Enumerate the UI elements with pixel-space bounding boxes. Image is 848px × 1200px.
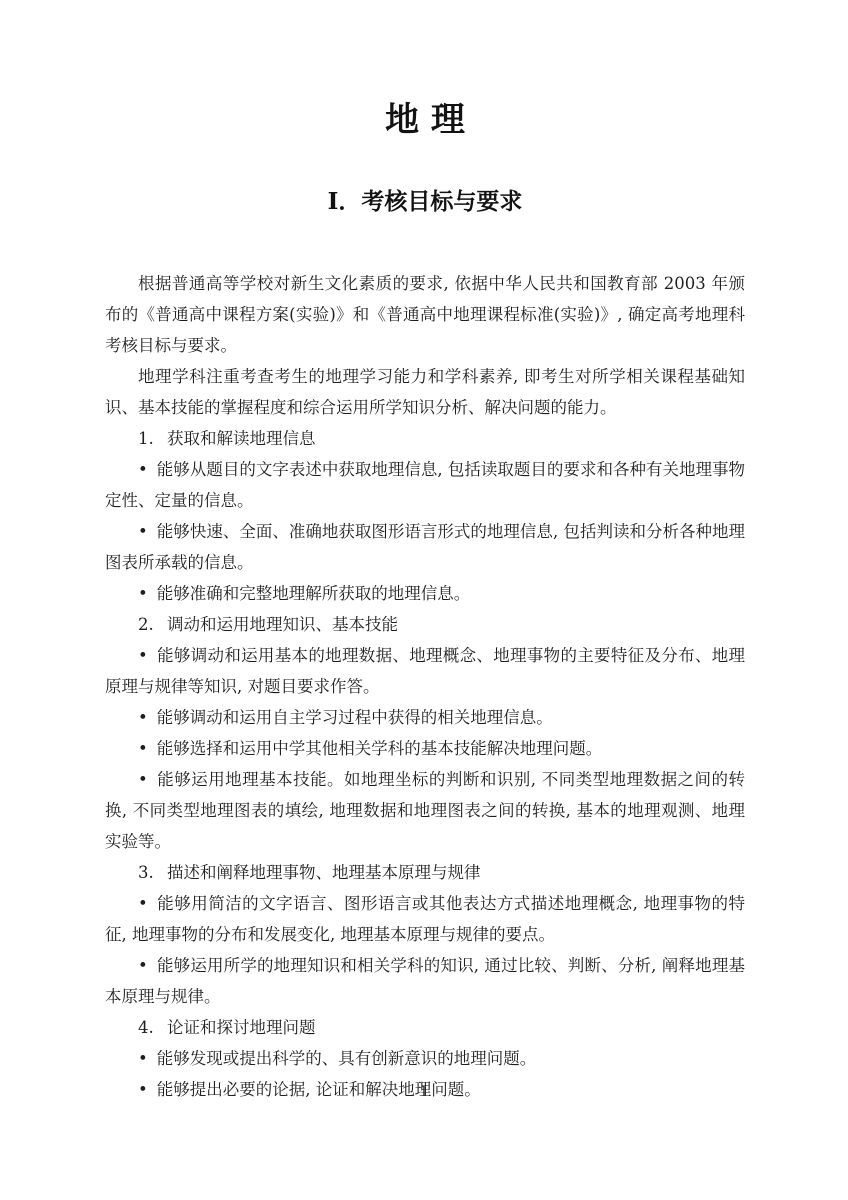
objective-number: 2. (138, 615, 154, 634)
bullet-text: 能够用简洁的文字语言、图形语言或其他表达方式描述地理概念, 地理事物的特征, 地… (105, 894, 745, 944)
bullet-icon: • (138, 460, 148, 479)
objective-number: 3. (138, 863, 154, 882)
bullet-text: 能够快速、全面、准确地获取图形语言形式的地理信息, 包括判读和分析各种地理图表所… (105, 522, 745, 572)
objective-title: 论证和探讨地理问题 (167, 1018, 316, 1037)
bullet-icon: • (138, 1049, 148, 1068)
bullet-icon: • (138, 739, 148, 758)
bullet-icon: • (138, 522, 148, 541)
bullet-point: •能够快速、全面、准确地获取图形语言形式的地理信息, 包括判读和分析各种地理图表… (105, 516, 745, 578)
bullet-point: •能够运用地理基本技能。如地理坐标的判断和识别, 不同类型地理数据之间的转换, … (105, 764, 745, 857)
bullet-point: •能够调动和运用基本的地理数据、地理概念、地理事物的主要特征及分布、地理原理与规… (105, 640, 745, 702)
bullet-icon: • (138, 646, 148, 665)
objective-heading: 1.获取和解读地理信息 (105, 423, 745, 454)
objective-title: 获取和解读地理信息 (167, 429, 316, 448)
bullet-icon: • (138, 708, 148, 727)
objective-heading: 4.论证和探讨地理问题 (105, 1012, 745, 1043)
objective-heading: 3.描述和阐释地理事物、地理基本原理与规律 (105, 857, 745, 888)
bullet-text: 能够选择和运用中学其他相关学科的基本技能解决地理问题。 (157, 739, 603, 758)
bullet-text: 能够调动和运用自主学习过程中获得的相关地理信息。 (157, 708, 553, 727)
bullet-point: •能够用简洁的文字语言、图形语言或其他表达方式描述地理概念, 地理事物的特征, … (105, 888, 745, 950)
objective-title: 描述和阐释地理事物、地理基本原理与规律 (167, 863, 481, 882)
bullet-icon: • (138, 584, 148, 603)
objective-number: 1. (138, 429, 154, 448)
objective-number: 4. (138, 1018, 154, 1037)
bullet-text: 能够运用地理基本技能。如地理坐标的判断和识别, 不同类型地理数据之间的转换, 不… (105, 770, 745, 851)
bullet-text: 能够从题目的文字表述中获取地理信息, 包括读取题目的要求和各种有关地理事物定性、… (105, 460, 745, 510)
bullet-icon: • (138, 894, 148, 913)
bullet-text: 能够发现或提出科学的、具有创新意识的地理问题。 (157, 1049, 537, 1068)
objective-heading: 2.调动和运用地理知识、基本技能 (105, 609, 745, 640)
bullet-text: 能够运用所学的地理知识和相关学科的知识, 通过比较、判断、分析, 阐释地理基本原… (105, 956, 745, 1006)
page-title: 地 理 (105, 100, 745, 140)
bullet-text: 能够调动和运用基本的地理数据、地理概念、地理事物的主要特征及分布、地理原理与规律… (105, 646, 745, 696)
paragraph-text: 地理学科注重考查考生的地理学习能力和学科素养, 即考生对所学相关课程基础知识、基… (105, 367, 745, 417)
bullet-point: •能够运用所学的地理知识和相关学科的知识, 通过比较、判断、分析, 阐释地理基本… (105, 950, 745, 1012)
paragraph-text: 根据普通高等学校对新生文化素质的要求, 依据中华人民共和国教育部 2003 年颁… (105, 274, 745, 355)
intro-paragraph: 根据普通高等学校对新生文化素质的要求, 依据中华人民共和国教育部 2003 年颁… (105, 268, 745, 361)
bullet-icon: • (138, 770, 148, 789)
objective-title: 调动和运用地理知识、基本技能 (167, 615, 398, 634)
document-page: 地 理 Ⅰ．考核目标与要求 根据普通高等学校对新生文化素质的要求, 依据中华人民… (0, 0, 848, 1200)
bullet-text: 能够准确和完整地理解所获取的地理信息。 (157, 584, 471, 603)
bullet-point: •能够调动和运用自主学习过程中获得的相关地理信息。 (105, 702, 745, 733)
bullet-point: •能够准确和完整地理解所获取的地理信息。 (105, 578, 745, 609)
page-number: 1 (0, 1084, 848, 1100)
bullet-point: •能够选择和运用中学其他相关学科的基本技能解决地理问题。 (105, 733, 745, 764)
bullet-point: •能够发现或提出科学的、具有创新意识的地理问题。 (105, 1043, 745, 1074)
bullet-point: •能够从题目的文字表述中获取地理信息, 包括读取题目的要求和各种有关地理事物定性… (105, 454, 745, 516)
section-heading: Ⅰ．考核目标与要求 (105, 188, 745, 216)
bullet-icon: • (138, 956, 148, 975)
intro-paragraph: 地理学科注重考查考生的地理学习能力和学科素养, 即考生对所学相关课程基础知识、基… (105, 361, 745, 423)
document-body: 根据普通高等学校对新生文化素质的要求, 依据中华人民共和国教育部 2003 年颁… (105, 268, 745, 1105)
